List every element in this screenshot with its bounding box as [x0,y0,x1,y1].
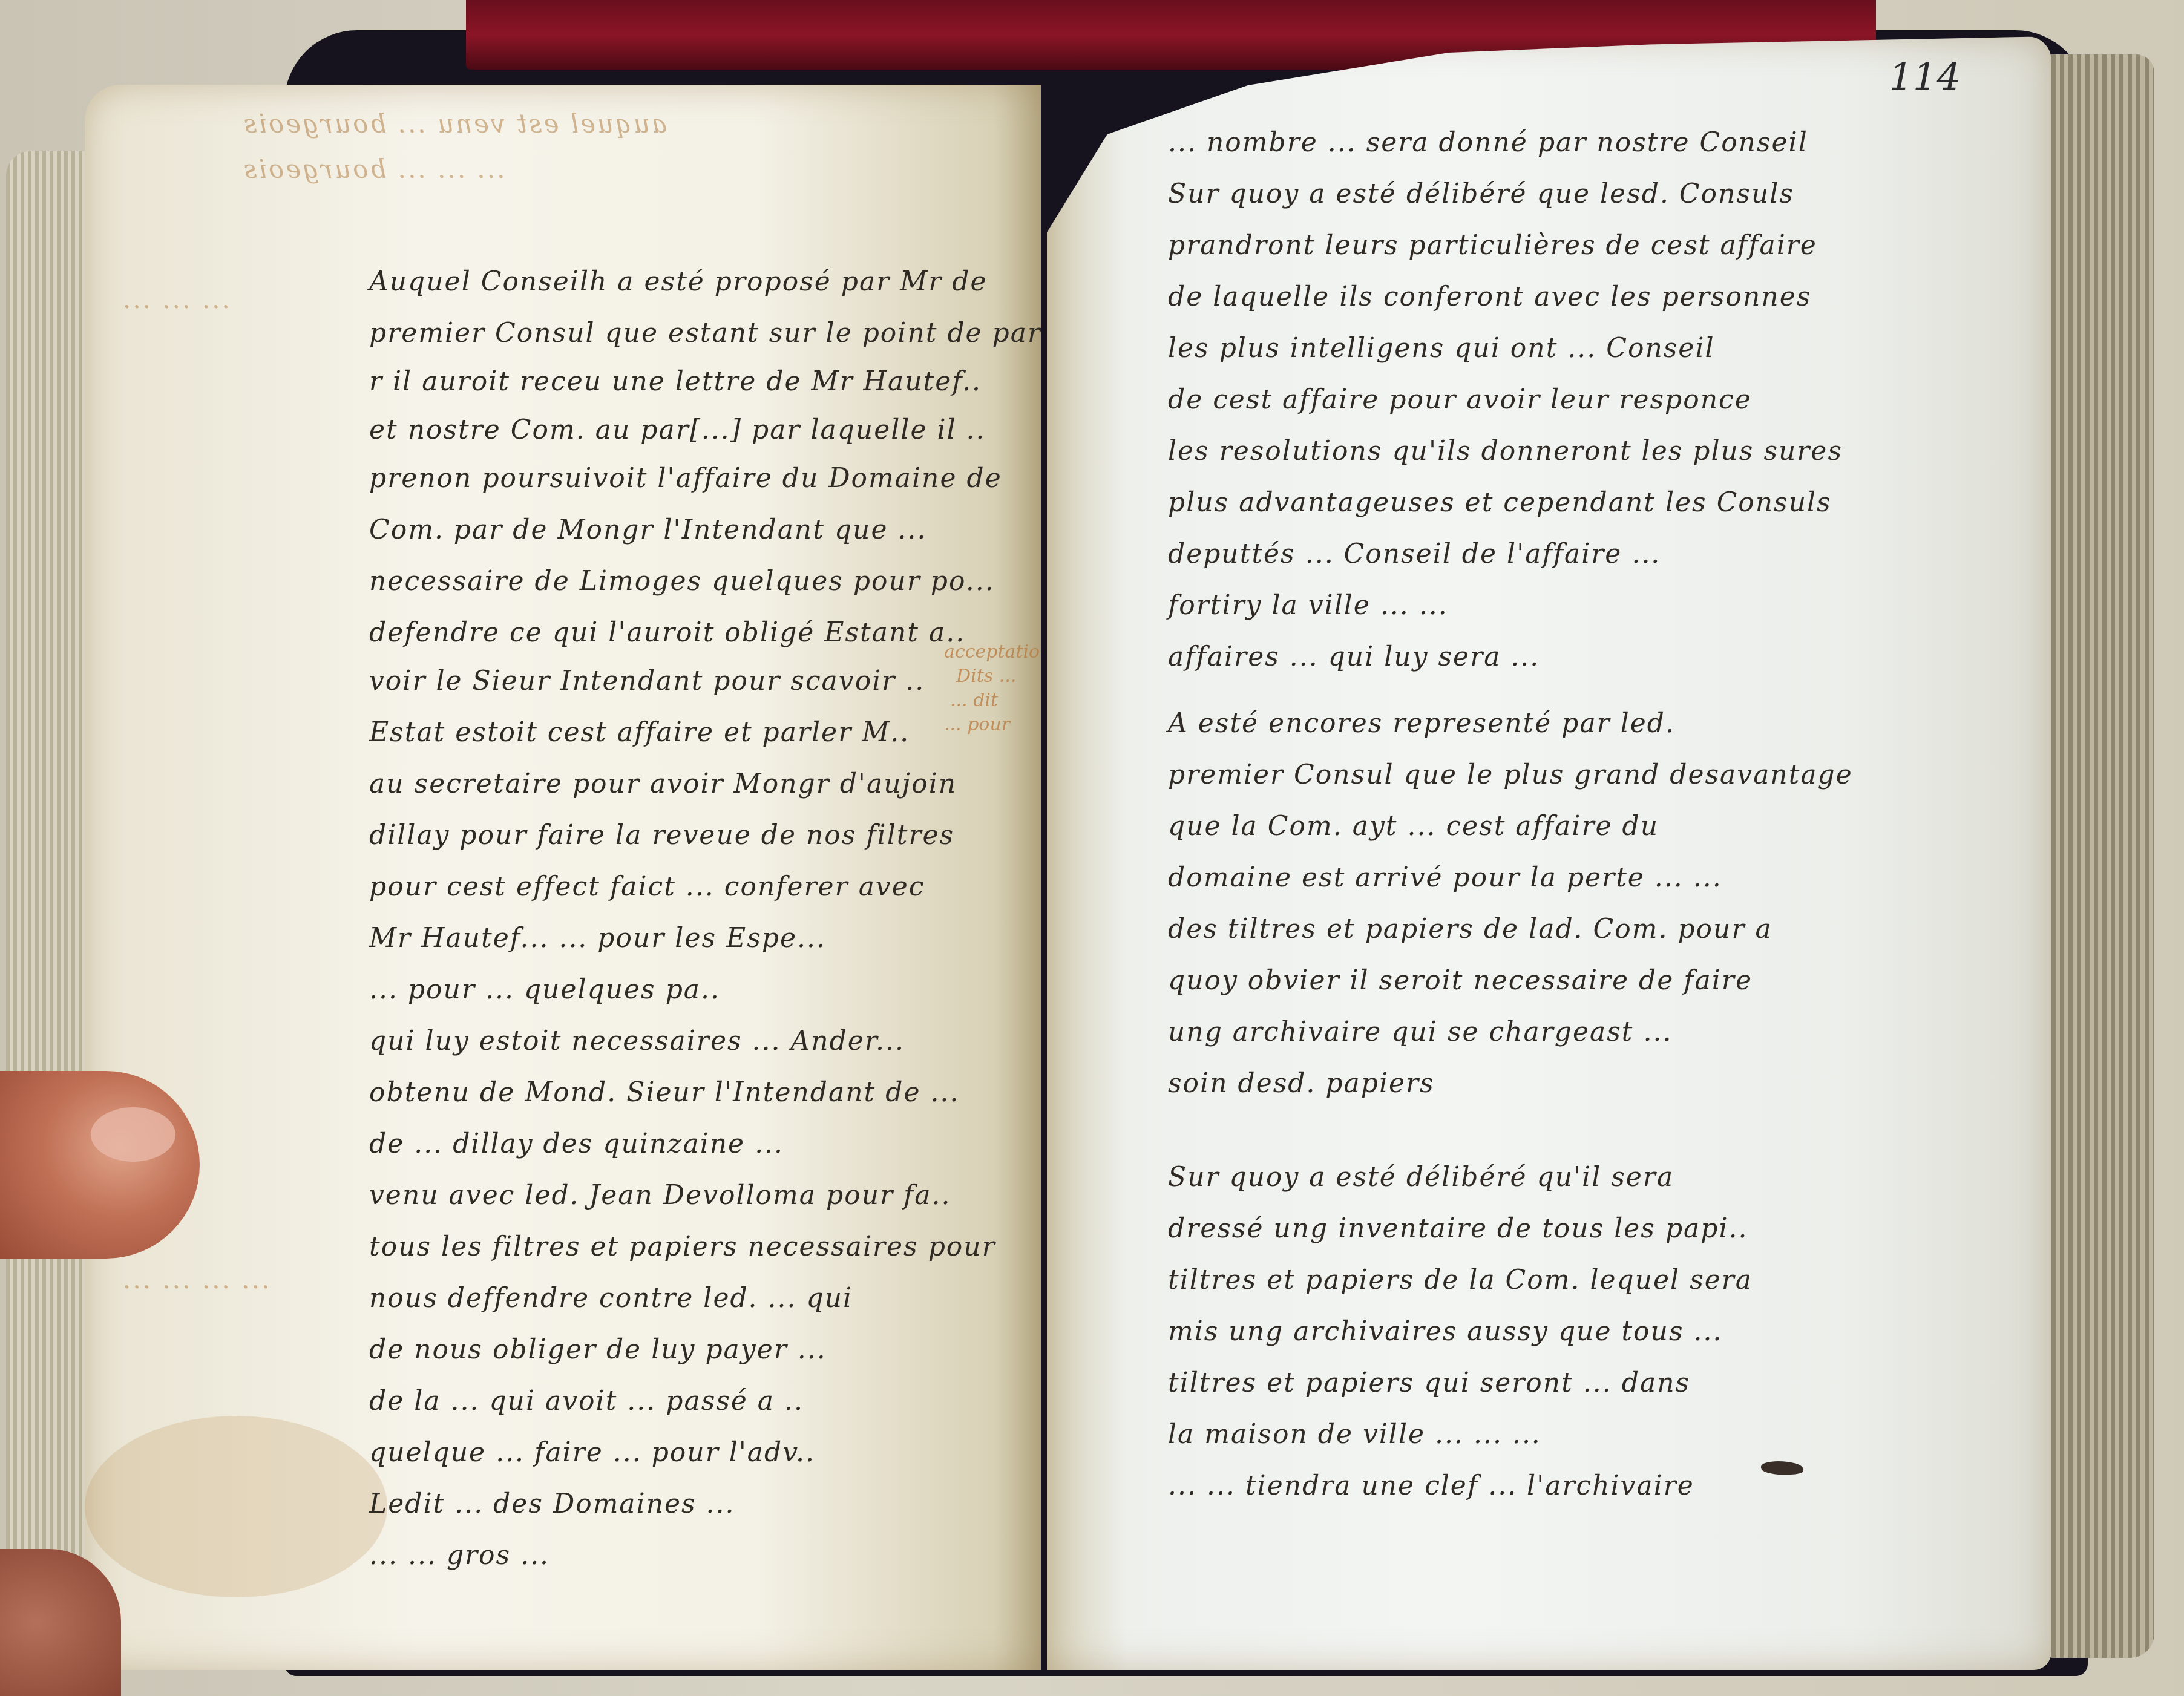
manuscript-line: Estat estoit cest affaire et parler M.. [369,717,910,748]
thumb [0,1071,200,1259]
manuscript-line: prenon poursuivoit l'affaire du Domaine … [369,463,1002,494]
manuscript-line: plus advantageuses et cependant les Cons… [1168,487,1832,518]
manuscript-line: voir le Sieur Intendant pour scavoir .. [369,666,925,696]
bleed-through-text: ... ... ... bourgeois [242,154,505,184]
manuscript-line: et nostre Com. au par[...] par laquelle … [369,414,986,445]
stain [85,1416,387,1597]
right-page: 114 ... nombre ... sera donné par nostre… [1047,36,2051,1670]
manuscript-line: defendre ce qui l'auroit obligé Estant a… [369,617,965,648]
manuscript-line: la maison de ville ... ... ... [1168,1419,1541,1450]
manuscript-line: tiltres et papiers qui seront ... dans [1168,1367,1690,1398]
left-page-stack-edge [6,151,97,1664]
margin-note: acceptation [944,641,1041,663]
manuscript-line: domaine est arrivé pour la perte ... ... [1168,862,1722,893]
manuscript-line: tous les filtres et papiers necessaires … [369,1231,996,1262]
manuscript-line: soin desd. papiers [1168,1068,1435,1099]
manuscript-line: ... nombre ... sera donné par nostre Con… [1168,127,1808,158]
manuscript-line: quelque ... faire ... pour l'adv.. [369,1437,815,1468]
manuscript-line: venu avec led. Jean Devolloma pour fa.. [369,1180,951,1211]
manuscript-line: nous deffendre contre led. ... qui [369,1283,853,1314]
manuscript-line: dillay pour faire la reveue de nos filtr… [369,820,954,851]
margin-note: ... pour [944,714,1010,735]
page-number: 114 [1889,54,1961,99]
thumbnail [91,1107,175,1162]
manuscript-line: Mr Hautef... ... pour les Espe... [369,923,826,954]
manuscript-line: affaires ... qui luy sera ... [1168,641,1540,672]
bleed-through-text: ... ... ... [121,284,230,314]
manuscript-line: A esté encores representé par led. [1168,708,1675,739]
manuscript-line: necessaire de Limoges quelques pour po..… [369,566,995,597]
manuscript-line: Ledit ... des Domaines ... [369,1488,735,1519]
manuscript-line: que la Com. ayt ... cest affaire du [1168,811,1659,842]
manuscript-line: des tiltres et papiers de lad. Com. pour… [1168,914,1772,945]
manuscript-line: dressé ung inventaire de tous les papi.. [1168,1213,1748,1244]
manuscript-line: ung archivaire qui se chargeast ... [1168,1017,1672,1047]
manuscript-line: premier Consul que estant sur le point d… [369,318,1041,349]
manuscript-line: Auquel Conseilh a esté proposé par Mr de [369,266,988,297]
manuscript-line: obtenu de Mond. Sieur l'Intendant de ... [369,1077,959,1108]
manuscript-line: de ... dillay des quinzaine ... [369,1128,784,1159]
manuscript-line: Sur quoy a esté délibéré qu'il sera [1168,1162,1674,1193]
manuscript-line: quoy obvier il seroit necessaire de fair… [1168,965,1753,996]
manuscript-line: mis ung archivaires aussy que tous ... [1168,1316,1722,1347]
manuscript-line: de nous obliger de luy payer ... [369,1334,827,1365]
manuscript-line: au secretaire pour avoir Mongr d'aujoin [369,768,957,799]
manuscript-line: Sur quoy a esté délibéré que lesd. Consu… [1168,178,1794,209]
bleed-through-text: ... ... ... ... [121,1265,269,1294]
manuscript-line: ... pour ... quelques pa.. [369,974,720,1005]
manuscript-line: fortiry la ville ... ... [1168,590,1448,621]
manuscript-line: ... ... tiendra une clef ... l'archivair… [1168,1470,1694,1501]
manuscript-line: r il auroit receu une lettre de Mr Haute… [369,366,982,397]
manuscript-line: de cest affaire pour avoir leur responce [1168,384,1752,415]
manuscript-line: prandront leurs particulières de cest af… [1168,230,1817,261]
manuscript-line: les plus intelligens qui ont ... Conseil [1168,333,1715,364]
manuscript-line: deputtés ... Conseil de l'affaire ... [1168,539,1661,569]
manuscript-line: premier Consul que le plus grand desavan… [1168,759,1853,790]
manuscript-line: tiltres et papiers de la Com. lequel ser… [1168,1265,1753,1295]
margin-note: ... dit [950,690,998,711]
manuscript-line: Com. par de Mongr l'Intendant que ... [369,514,926,545]
manuscript-line: de la ... qui avoit ... passé a .. [369,1386,804,1416]
bleed-through-text: auquel est venu ... bourgeois [242,109,667,139]
manuscript-line: de laquelle ils conferont avec les perso… [1168,281,1811,312]
manuscript-line: ... ... gros ... [369,1540,549,1571]
margin-note: Dits ... [956,666,1016,687]
right-page-stack-edge [2051,54,2154,1658]
manuscript-line: qui luy estoit necessaires ... Ander... [369,1026,905,1056]
left-page: auquel est venu ... bourgeois ... ... ..… [85,85,1041,1670]
ink-blot [1761,1461,1803,1475]
manuscript-line: pour cest effect faict ... conferer avec [369,871,925,902]
manuscript-line: les resolutions qu'ils donneront les plu… [1168,436,1843,467]
